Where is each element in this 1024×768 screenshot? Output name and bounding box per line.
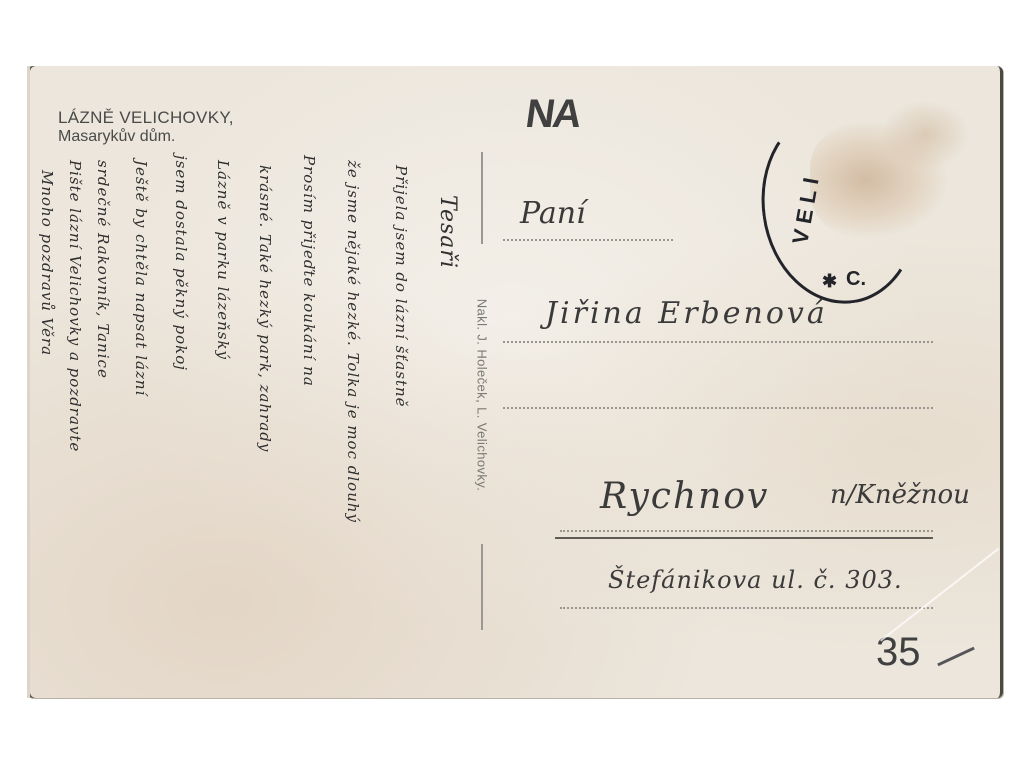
message-line: že jsme nějaké hezké. Tolka je moc dlouh… xyxy=(340,160,362,720)
publisher-text: Nakl. J. Holeček, L. Velichovky. xyxy=(475,299,490,491)
address-line xyxy=(560,530,933,532)
address-town-suffix: n/Kněžnou xyxy=(830,480,970,510)
message-line: krásné. Také hezký park, zahrady xyxy=(252,165,274,725)
message-line: Pište lázní Velichovky a pozdravte xyxy=(62,160,84,720)
divider-line xyxy=(481,544,483,630)
publisher-imprint: Nakl. J. Holeček, L. Velichovky. xyxy=(472,250,492,540)
message-line: Ještě by chtěla napsat lázní xyxy=(128,160,150,720)
address-underline xyxy=(555,537,933,539)
postmark-text: C. xyxy=(846,268,866,291)
message-line: Lázně v parku lázeňský xyxy=(210,160,232,720)
address-name: Jiřina Erbenová xyxy=(545,296,828,331)
address-line xyxy=(503,239,673,241)
message-line-text: Prosím přijeďte koukání na xyxy=(300,155,318,387)
divider-line xyxy=(481,152,483,244)
message-line-text: krásné. Také hezký park, zahrady xyxy=(256,165,274,452)
message-line-text: Ještě by chtěla napsat lázní xyxy=(132,160,150,396)
address-salutation: Paní xyxy=(520,196,586,231)
printed-title: LÁZNĚ VELICHOVKY, xyxy=(58,108,234,127)
message-line-text: srdečné Rakovník, Tanice xyxy=(94,160,112,379)
postmark-star: ✱ xyxy=(822,271,837,292)
address-town: Rychnov xyxy=(600,476,769,517)
message-line-text: Přijela jsem do lázní šťastně xyxy=(392,165,410,408)
message-line-text: Lázně v parku lázeňský xyxy=(214,160,232,360)
address-street: Štefánikova ul. č. 303. xyxy=(608,566,903,594)
pencil-annotation: NA xyxy=(523,92,583,137)
message-greeting-text: Tesaři xyxy=(435,195,460,269)
message-line: Přijela jsem do lázní šťastně xyxy=(388,165,410,725)
message-greeting: Tesaři xyxy=(438,195,460,755)
message-line-text: jsem dostala pěkný pokoj xyxy=(172,155,190,371)
message-line: Mnoho pozdravů Věra xyxy=(34,170,56,730)
message-line-text: Pište lázní Velichovky a pozdravte xyxy=(66,160,84,452)
message-line: jsem dostala pěkný pokoj xyxy=(168,155,190,715)
printed-header: LÁZNĚ VELICHOVKY, Masarykův dům. xyxy=(58,108,234,146)
address-line xyxy=(503,341,933,343)
message-line: Prosím přijeďte koukání na xyxy=(296,155,318,715)
card-edge xyxy=(27,66,30,698)
message-line-text: že jsme nějaké hezké. Tolka je moc dlouh… xyxy=(344,160,362,523)
address-line xyxy=(560,607,933,609)
printed-subtitle: Masarykův dům. xyxy=(58,127,234,146)
message-line: srdečné Rakovník, Tanice xyxy=(90,160,112,720)
message-line-text: Mnoho pozdravů Věra xyxy=(38,170,56,356)
address-line xyxy=(503,407,933,409)
